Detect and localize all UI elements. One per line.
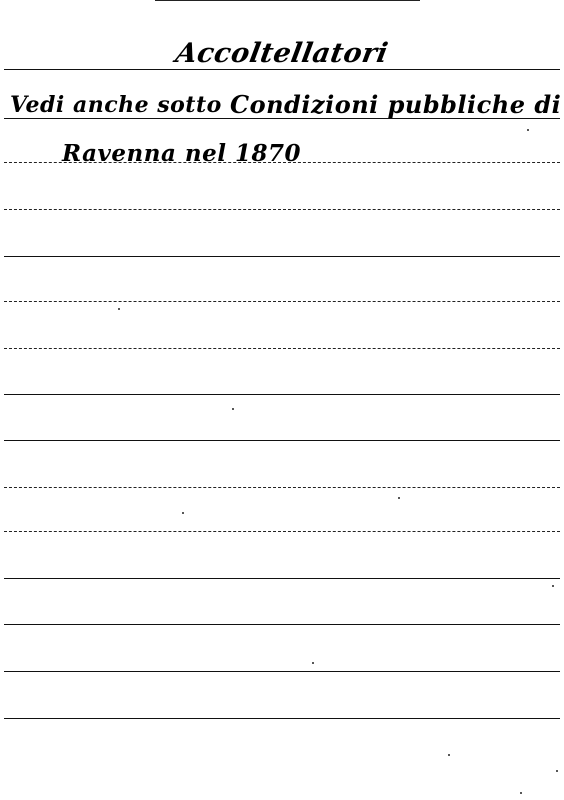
ruled-line: [4, 209, 560, 210]
ruled-line: [4, 69, 560, 70]
ruled-line: [4, 394, 560, 395]
ruled-line: [4, 624, 560, 625]
ruled-line: [4, 578, 560, 579]
ink-speck: [556, 770, 558, 772]
ruled-line: [4, 718, 560, 719]
ruled-line: [4, 256, 560, 257]
cross-reference-target: Condizioni pubbliche di: [230, 90, 561, 119]
top-edge-line: [155, 0, 420, 1]
ruled-line: [4, 162, 560, 163]
ruled-line: [4, 348, 560, 349]
ruled-line: [4, 487, 560, 488]
card-heading: Accoltellatori: [173, 38, 390, 69]
index-card: Accoltellatori Vedi anche sotto Condizio…: [0, 0, 564, 800]
ink-speck: [398, 497, 400, 499]
ruled-line: [4, 440, 560, 441]
ink-speck: [312, 662, 314, 664]
ink-speck: [448, 754, 450, 756]
ruled-line: [4, 671, 560, 672]
ink-speck: [182, 512, 184, 514]
ruled-line: [4, 118, 560, 119]
ink-speck: [118, 308, 120, 310]
ink-speck: [232, 408, 234, 410]
ink-speck: [527, 129, 529, 131]
cross-reference-text: Vedi anche sotto: [10, 92, 222, 118]
ruled-line: [4, 531, 560, 532]
ink-speck: [520, 792, 522, 794]
ink-speck: [552, 585, 554, 587]
ruled-line: [4, 301, 560, 302]
